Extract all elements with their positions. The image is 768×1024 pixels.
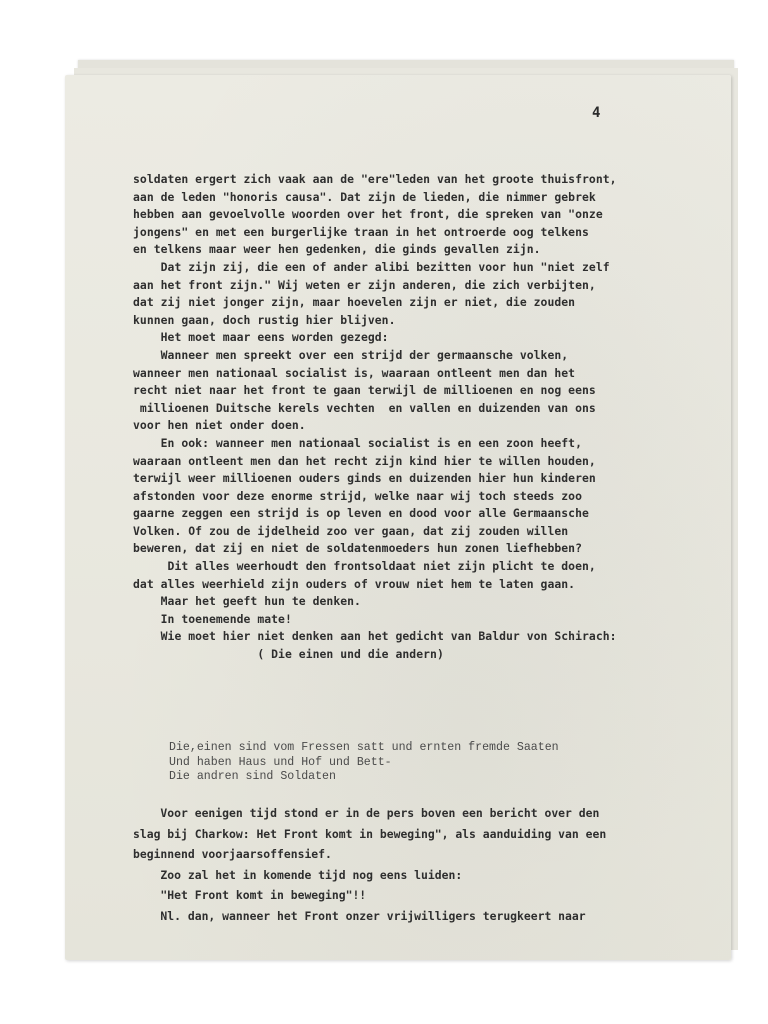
poem-line: Und haben Haus und Hof und Bett- [169, 756, 559, 771]
text-line: aan het front zijn." Wij weten er zijn a… [133, 277, 733, 295]
poem-line: Die,einen sind vom Fressen satt und ernt… [169, 741, 559, 756]
text-line: wanneer men nationaal socialist is, waar… [133, 365, 733, 383]
text-line: waaraan ontleent men dan het recht zijn … [133, 453, 733, 471]
text-line: jongens" en met een burgerlijke traan in… [133, 224, 733, 242]
text-line: Nl. dan, wanneer het Front onzer vrijwil… [133, 906, 753, 927]
text-line: millioenen Duitsche kerels vechten en va… [133, 400, 733, 418]
text-line: slag bij Charkow: Het Front komt in bewe… [133, 824, 753, 845]
typewritten-page: 4 soldaten ergert zich vaak aan de "ere"… [65, 75, 731, 960]
body-text: soldaten ergert zich vaak aan de "ere"le… [133, 171, 733, 664]
poem-line: Die andren sind Soldaten [169, 770, 559, 785]
text-line: Zoo zal het in komende tijd nog eens lui… [133, 865, 753, 886]
text-line: In toenemende mate! [133, 611, 733, 629]
text-line: Dit alles weerhoudt den frontsoldaat nie… [133, 558, 733, 576]
text-line: En ook: wanneer men nationaal socialist … [133, 435, 733, 453]
text-line: Het moet maar eens worden gezegd: [133, 329, 733, 347]
text-line: aan de leden "honoris causa". Dat zijn d… [133, 189, 733, 207]
text-line: ( Die einen und die andern) [133, 646, 733, 664]
text-line: afstonden voor deze enorme strijd, welke… [133, 488, 733, 506]
text-line: kunnen gaan, doch rustig hier blijven. [133, 312, 733, 330]
text-line: soldaten ergert zich vaak aan de "ere"le… [133, 171, 733, 189]
closing-text: Voor eenigen tijd stond er in de pers bo… [133, 803, 753, 926]
text-line: gaarne zeggen een strijd is op leven en … [133, 505, 733, 523]
page-number: 4 [592, 105, 600, 121]
text-line: voor hen niet onder doen. [133, 417, 733, 435]
text-line: Voor eenigen tijd stond er in de pers bo… [133, 803, 753, 824]
text-line: Maar het geeft hun te denken. [133, 593, 733, 611]
text-line: hebben aan gevoelvolle woorden over het … [133, 206, 733, 224]
text-line: beginnend voorjaarsoffensief. [133, 844, 753, 865]
text-line: Volken. Of zou de ijdelheid zoo ver gaan… [133, 523, 733, 541]
text-line: recht niet naar het front te gaan terwij… [133, 382, 733, 400]
text-line: en telkens maar weer hen gedenken, die g… [133, 241, 733, 259]
text-line: Dat zijn zij, die een of ander alibi bez… [133, 259, 733, 277]
poem-quote: Die,einen sind vom Fressen satt und ernt… [169, 741, 559, 785]
text-line: Wie moet hier niet denken aan het gedich… [133, 628, 733, 646]
text-line: beweren, dat zij en niet de soldatenmoed… [133, 540, 733, 558]
text-line: Wanneer men spreekt over een strijd der … [133, 347, 733, 365]
text-line: dat alles weerhield zijn ouders of vrouw… [133, 576, 733, 594]
text-line: terwijl weer millioenen ouders ginds en … [133, 470, 733, 488]
text-line: dat zij niet jonger zijn, maar hoevelen … [133, 294, 733, 312]
text-line: "Het Front komt in beweging"!! [133, 885, 753, 906]
